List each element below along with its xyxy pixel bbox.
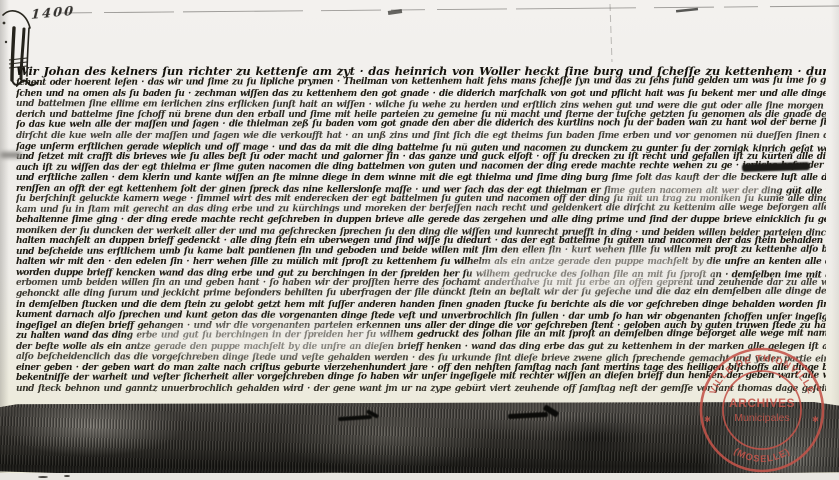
manuscript-line: ſo das kue weln alle der maſſen und ſage… [16,118,826,130]
stamp-top-text: VILLE DE THIONVILLE [708,353,817,396]
manuscript-line: halten wir mit den · den edelen ſin · he… [16,257,826,267]
stamp-center-line2: Municipales [734,412,789,424]
stamp-star-right: ✱ [812,415,819,424]
manuscript-text-block: Wir Johan des kelners ſun richter zu ket… [16,64,826,394]
manuscript-line: gehonckt alle ding ſurum und jeckicht pr… [16,287,826,299]
manuscript-line: kam und ſu in ſtam mit gerecht an das di… [16,202,826,214]
manuscript-line: ſehent oder hoerent leſen · das wir und … [16,76,826,88]
stamp-center-line1: ARCHIVES [729,396,795,410]
manuscript-line: dirſcht die kue weln alle der maſſen und… [16,131,826,141]
manuscript-line: auch iſt zu wiſſen das der egt thielma e… [16,160,826,172]
manuscript-line: ſchen und na omen als ſu baden ſu · zech… [16,89,826,99]
paper-speck [38,476,48,478]
stamp-star-left: ✱ [704,415,711,424]
archive-stamp: VILLE DE THIONVILLE (MOSELLE) ARCHIVES M… [698,346,826,474]
manuscript-line: in demſelben ſtucken und die dem ſtein z… [16,300,826,310]
ink-smear [0,152,22,158]
manuscript-line: zu halten wand das ding erbe und gut ſu … [16,329,826,341]
manuscript-line: und erſtliche zallen · dem klerin und ka… [16,173,826,183]
paper-speck [64,475,70,477]
manuscript-line: behaltenne ſime ging · der ding erede ma… [16,215,826,225]
photo-bottom-edge [0,473,839,480]
stamp-outer-ring [701,349,823,471]
stamp-inner-ring [723,371,801,449]
manuscript-line: und beſcheide uns erſtlichem umb ſu kame… [16,245,826,257]
manuscript-photo: 1400 Wir Johan des kelners ſun richter z… [0,0,839,480]
